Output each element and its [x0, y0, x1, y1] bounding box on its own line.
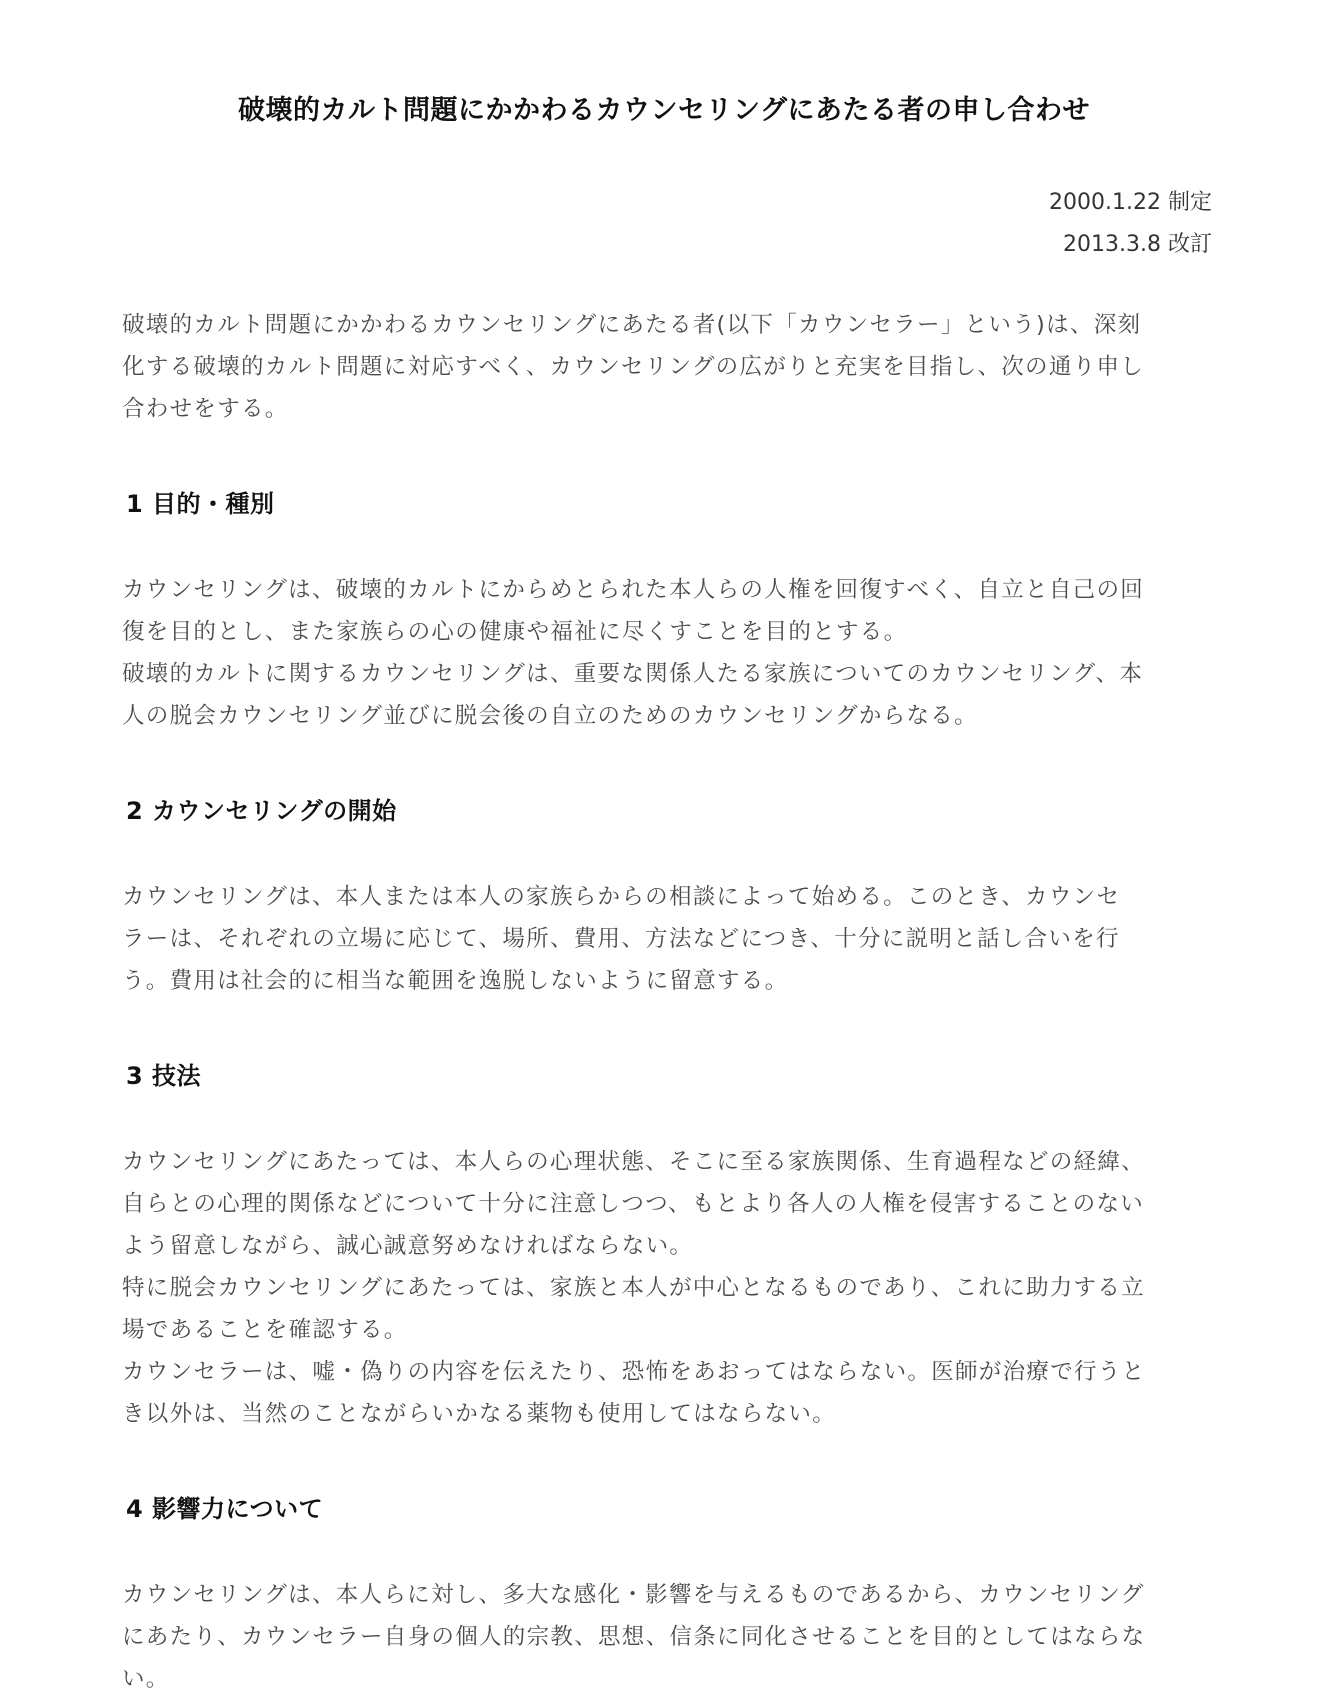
- section-body-4: カウンセリングは、本人らに対し、多大な感化・影響を与えるものであるから、カウンセ…: [122, 1574, 1208, 1693]
- preamble-line: 合わせをする。: [122, 388, 1208, 430]
- document-title: 破壊的カルト問題にかかわるカウンセリングにあたる者の申し合わせ: [0, 88, 1328, 127]
- section-line: 場であることを確認する。: [122, 1309, 1208, 1351]
- section-line: 破壊的カルトに関するカウンセリングは、重要な関係人たる家族についてのカウンセリン…: [122, 653, 1208, 695]
- document-body: 破壊的カルト問題にかかわるカウンセリングにあたる者(以下「カウンセラー」という)…: [122, 304, 1208, 1693]
- section-line: カウンセリングは、破壊的カルトにからめとられた本人らの人権を回復すべく、自立と自…: [122, 569, 1208, 611]
- section-line: ラーは、それぞれの立場に応じて、場所、費用、方法などにつき、十分に説明と話し合い…: [122, 918, 1208, 960]
- section-heading-4: 4 影響力について: [122, 1489, 1208, 1524]
- section-line: 自らとの心理的関係などについて十分に注意しつつ、もとより各人の人権を侵害すること…: [122, 1183, 1208, 1225]
- section-line: にあたり、カウンセラー自身の個人的宗教、思想、信条に同化させることを目的としては…: [122, 1616, 1208, 1658]
- section-line: 復を目的とし、また家族らの心の健康や福祉に尽くすことを目的とする。: [122, 611, 1208, 653]
- section-heading-1: 1 目的・種別: [122, 484, 1208, 519]
- section-body-2: カウンセリングは、本人または本人の家族らからの相談によって始める。このとき、カウ…: [122, 876, 1208, 1002]
- section-body-3: カウンセリングにあたっては、本人らの心理状態、そこに至る家族関係、生育過程などの…: [122, 1141, 1208, 1435]
- section-line: カウンセラーは、嘘・偽りの内容を伝えたり、恐怖をあおってはならない。医師が治療で…: [122, 1351, 1208, 1393]
- section-heading-3: 3 技法: [122, 1056, 1208, 1091]
- document-page: 破壊的カルト問題にかかわるカウンセリングにあたる者の申し合わせ 2000.1.2…: [0, 0, 1328, 1693]
- revised-date: 2013.3.8 改訂: [1049, 224, 1212, 266]
- section-line: う。費用は社会的に相当な範囲を逸脱しないように留意する。: [122, 960, 1208, 1002]
- section-line: カウンセリングは、本人らに対し、多大な感化・影響を与えるものであるから、カウンセ…: [122, 1574, 1208, 1616]
- section-line: き以外は、当然のことながらいかなる薬物も使用してはならない。: [122, 1393, 1208, 1435]
- section-line: い。: [122, 1658, 1208, 1693]
- preamble: 破壊的カルト問題にかかわるカウンセリングにあたる者(以下「カウンセラー」という)…: [122, 304, 1208, 430]
- section-line: カウンセリングにあたっては、本人らの心理状態、そこに至る家族関係、生育過程などの…: [122, 1141, 1208, 1183]
- preamble-line: 化する破壊的カルト問題に対応すべく、カウンセリングの広がりと充実を目指し、次の通…: [122, 346, 1208, 388]
- enacted-date: 2000.1.22 制定: [1049, 182, 1212, 224]
- date-block: 2000.1.22 制定 2013.3.8 改訂: [1049, 182, 1212, 266]
- preamble-line: 破壊的カルト問題にかかわるカウンセリングにあたる者(以下「カウンセラー」という)…: [122, 304, 1208, 346]
- section-heading-2: 2 カウンセリングの開始: [122, 791, 1208, 826]
- section-body-1: カウンセリングは、破壊的カルトにからめとられた本人らの人権を回復すべく、自立と自…: [122, 569, 1208, 737]
- section-line: 特に脱会カウンセリングにあたっては、家族と本人が中心となるものであり、これに助力…: [122, 1267, 1208, 1309]
- section-line: 人の脱会カウンセリング並びに脱会後の自立のためのカウンセリングからなる。: [122, 695, 1208, 737]
- section-line: よう留意しながら、誠心誠意努めなければならない。: [122, 1225, 1208, 1267]
- section-line: カウンセリングは、本人または本人の家族らからの相談によって始める。このとき、カウ…: [122, 876, 1208, 918]
